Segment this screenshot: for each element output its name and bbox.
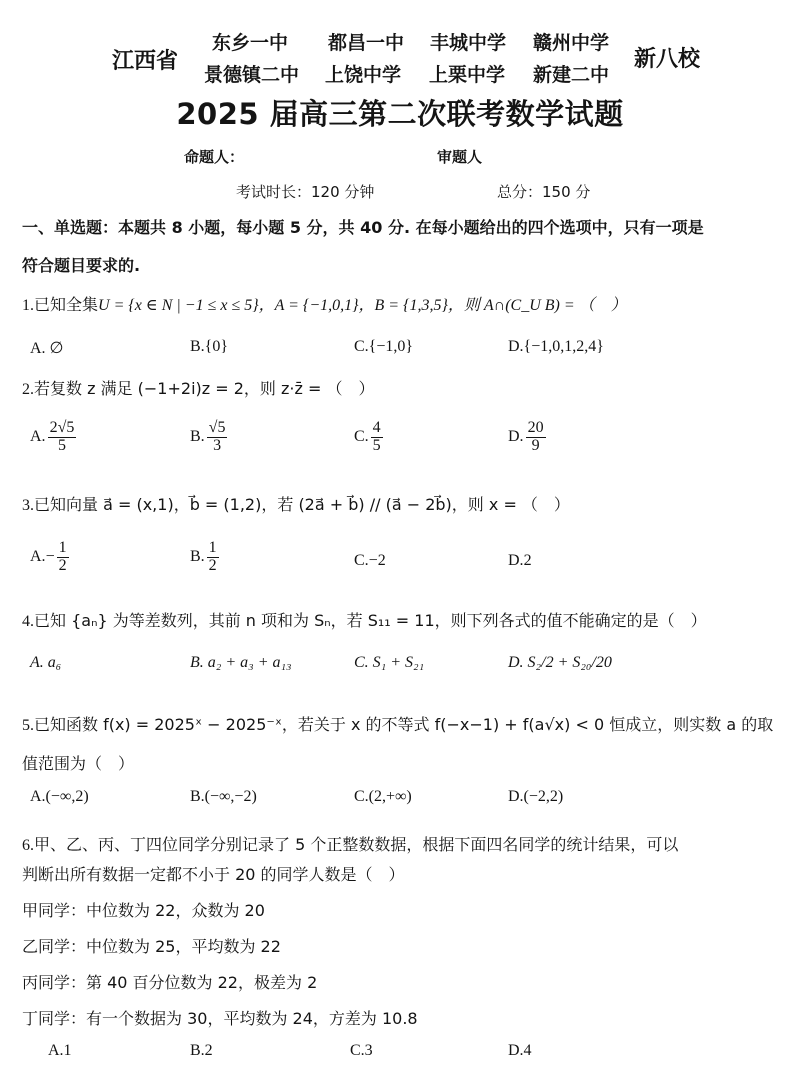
option-c[interactable]: C.(2,+∞)	[354, 788, 412, 806]
sign: −	[46, 548, 55, 565]
question-stem: 若复数 z 满足 (−1+2i)z = 2，则 z·z̄ = （ ）	[34, 379, 374, 398]
option-a[interactable]: A.−12	[30, 540, 69, 575]
option-label: A.	[30, 548, 46, 565]
option-a[interactable]: A. a₆	[30, 654, 61, 672]
option-b[interactable]: B.2	[190, 1042, 213, 1060]
question-stem: 已知全集	[34, 295, 98, 314]
numerator: 1	[207, 540, 219, 558]
denominator: 2	[57, 558, 69, 575]
question-number: 5.	[22, 717, 34, 734]
school-name: 上栗中学	[429, 60, 505, 87]
option-label: D.	[508, 552, 524, 569]
question-math: U = {x ∈ N | −1 ≤ x ≤ 5}，A = {−1,0,1}，B …	[98, 297, 627, 314]
question-number: 3.	[22, 497, 34, 514]
question-6-cont: 判断出所有数据一定都不小于 20 的同学人数是（ ）	[22, 862, 405, 885]
reviewer-label: 审题人	[437, 146, 482, 167]
option-a[interactable]: A.2√55	[30, 420, 76, 455]
question-6: 6.甲、乙、丙、丁四位同学分别记录了 5 个正整数数据，根据下面四名同学的统计结…	[22, 832, 678, 855]
league-label: 新八校	[634, 42, 700, 73]
option-label: A.	[30, 428, 46, 445]
question-5: 5.已知函数 f(x) = 2025ˣ − 2025⁻ˣ，若关于 x 的不等式 …	[22, 706, 782, 783]
exam-title: 2025 届高三第二次联考数学试题	[0, 92, 800, 133]
option-b[interactable]: B.(−∞,−2)	[190, 788, 257, 806]
option-c[interactable]: C.−2	[354, 552, 386, 570]
option-c[interactable]: C.{−1,0}	[354, 338, 413, 356]
denominator: 9	[530, 438, 542, 455]
question-4: 4.已知 {aₙ} 为等差数列，其前 n 项和为 Sₙ，若 S₁₁ = 11，则…	[22, 608, 707, 631]
option-d[interactable]: D. S₂/2 + S₂₀/20	[508, 654, 612, 672]
option-label: C.	[354, 552, 369, 569]
fraction: 12	[207, 540, 219, 575]
option-value: 2	[524, 552, 532, 569]
option-d[interactable]: D.(−2,2)	[508, 788, 563, 806]
question-stem: 已知 {aₙ} 为等差数列，其前 n 项和为 Sₙ，若 S₁₁ = 11，则下列…	[34, 611, 707, 630]
option-label: D.	[508, 428, 524, 445]
fraction: √53	[207, 420, 228, 455]
option-d[interactable]: D.209	[508, 420, 546, 455]
question-stem: 甲、乙、丙、丁四位同学分别记录了 5 个正整数数据，根据下面四名同学的统计结果，…	[34, 835, 678, 854]
option-a[interactable]: A.(−∞,2)	[30, 788, 89, 806]
numerator: √5	[207, 420, 228, 438]
school-name: 东乡一中	[212, 28, 288, 55]
province-label: 江西省	[112, 44, 178, 75]
total-score: 总分：150 分	[497, 181, 590, 202]
option-c[interactable]: C.3	[350, 1042, 373, 1060]
option-value: −2	[369, 552, 386, 569]
fraction: 12	[57, 540, 69, 575]
statement-bing: 丙同学：第 40 百分位数为 22，极差为 2	[22, 970, 317, 993]
option-label: C.	[354, 428, 369, 445]
question-stem: 已知向量 a⃗ = (x,1)，b⃗ = (1,2)，若 (2a⃗ + b⃗) …	[34, 495, 570, 514]
numerator: 1	[57, 540, 69, 558]
option-d[interactable]: D.2	[508, 552, 532, 570]
question-number: 2.	[22, 381, 34, 398]
question-stem: 已知函数 f(x) = 2025ˣ − 2025⁻ˣ，若关于 x 的不等式 f(…	[22, 715, 773, 773]
school-name: 景德镇二中	[204, 60, 299, 87]
question-number: 4.	[22, 613, 34, 630]
option-b[interactable]: B.12	[190, 540, 219, 575]
option-b[interactable]: B. a₂ + a₃ + a₁₃	[190, 654, 292, 672]
question-1: 1.已知全集U = {x ∈ N | −1 ≤ x ≤ 5}，A = {−1,0…	[22, 292, 627, 315]
option-d[interactable]: D.4	[508, 1042, 532, 1060]
statement-ding: 丁同学：有一个数据为 30，平均数为 24，方差为 10.8	[22, 1006, 418, 1029]
fraction: 45	[371, 420, 383, 455]
school-name: 丰城中学	[430, 28, 506, 55]
statement-yi: 乙同学：中位数为 25，平均数为 22	[22, 934, 281, 957]
denominator: 5	[56, 438, 68, 455]
option-label: B.	[190, 428, 205, 445]
option-a[interactable]: A.1	[48, 1042, 72, 1060]
section-instructions: 一、单选题：本题共 8 小题，每小题 5 分，共 40 分. 在每小题给出的四个…	[22, 215, 704, 238]
numerator: 2√5	[48, 420, 77, 438]
exam-duration: 考试时长：120 分钟	[236, 181, 374, 202]
option-d[interactable]: D.{−1,0,1,2,4}	[508, 338, 604, 356]
numerator: 20	[526, 420, 546, 438]
denominator: 5	[371, 438, 383, 455]
option-c[interactable]: C.45	[354, 420, 383, 455]
option-b[interactable]: B.√53	[190, 420, 227, 455]
school-name: 新建二中	[533, 60, 609, 87]
question-2: 2.若复数 z 满足 (−1+2i)z = 2，则 z·z̄ = （ ）	[22, 376, 374, 399]
fraction: 2√55	[48, 420, 77, 455]
option-a[interactable]: A. ∅	[30, 338, 64, 358]
question-number: 1.	[22, 297, 34, 314]
school-name: 上饶中学	[325, 60, 401, 87]
school-name: 都昌一中	[328, 28, 404, 55]
numerator: 4	[371, 420, 383, 438]
fraction: 209	[526, 420, 546, 455]
option-label: B.	[190, 548, 205, 565]
section-instructions-cont: 符合题目要求的.	[22, 253, 140, 276]
setter-label: 命题人：	[184, 146, 244, 167]
question-3: 3.已知向量 a⃗ = (x,1)，b⃗ = (1,2)，若 (2a⃗ + b⃗…	[22, 492, 570, 515]
question-number: 6.	[22, 837, 34, 854]
denominator: 3	[211, 438, 223, 455]
statement-jia: 甲同学：中位数为 22，众数为 20	[22, 898, 265, 921]
option-c[interactable]: C. S₁ + S₂₁	[354, 654, 424, 672]
option-b[interactable]: B.{0}	[190, 338, 228, 356]
school-name: 赣州中学	[533, 28, 609, 55]
denominator: 2	[207, 558, 219, 575]
